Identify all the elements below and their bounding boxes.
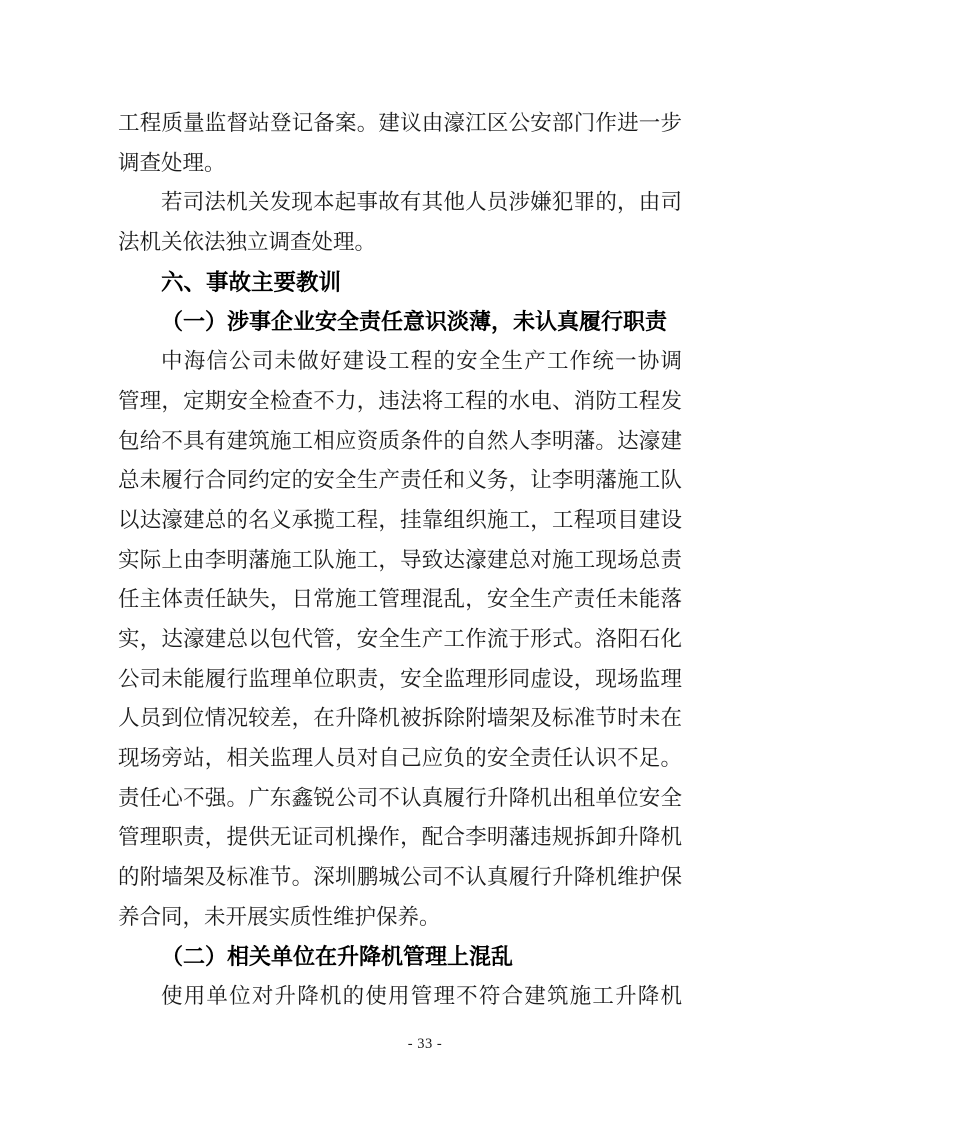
body-text-line: 公司未能履行监理单位职责，安全监理形同虚设，现场监理 — [118, 660, 682, 700]
body-text-line: 以达濠建总的名义承揽工程，挂靠组织施工，工程项目建设 — [118, 501, 682, 541]
section-heading-line: 六、事故主要教训 — [118, 263, 682, 303]
body-text-line: 任主体责任缺失，日常施工管理混乱，安全生产责任未能落 — [118, 580, 682, 620]
body-text-line: 责任心不强。广东鑫锐公司不认真履行升降机出租单位安全 — [118, 779, 682, 819]
body-text-line: 包给不具有建筑施工相应资质条件的自然人李明藩。达濠建 — [118, 422, 682, 462]
body-text-line: 使用单位对升降机的使用管理不符合建筑施工升降机 — [118, 977, 682, 1017]
body-text-line: 调查处理。 — [118, 144, 682, 184]
body-text-line: 养合同，未开展实质性维护保养。 — [118, 898, 682, 938]
page-number: - 33 - — [118, 1036, 732, 1053]
document-page: 工程质量监督站登记备案。建议由濠江区公安部门作进一步调查处理。若司法机关发现本起… — [0, 0, 960, 1122]
page-content: 工程质量监督站登记备案。建议由濠江区公安部门作进一步调查处理。若司法机关发现本起… — [118, 104, 682, 1017]
body-text-line: 管理，定期安全检查不力，违法将工程的水电、消防工程发 — [118, 382, 682, 422]
body-text-line: 人员到位情况较差，在升降机被拆除附墙架及标准节时未在 — [118, 699, 682, 739]
body-text-line: 中海信公司未做好建设工程的安全生产工作统一协调 — [118, 342, 682, 382]
body-text-line: 实际上由李明藩施工队施工，导致达濠建总对施工现场总责 — [118, 541, 682, 581]
body-text-line: 管理职责，提供无证司机操作，配合李明藩违规拆卸升降机 — [118, 818, 682, 858]
body-text-line: 法机关依法独立调查处理。 — [118, 223, 682, 263]
body-text-line: 工程质量监督站登记备案。建议由濠江区公安部门作进一步 — [118, 104, 682, 144]
subsection-heading-line: （一）涉事企业安全责任意识淡薄，未认真履行职责 — [118, 302, 682, 342]
body-text-line: 实，达濠建总以包代管，安全生产工作流于形式。洛阳石化 — [118, 620, 682, 660]
body-text-line: 总未履行合同约定的安全生产责任和义务，让李明藩施工队 — [118, 461, 682, 501]
body-text-line: 若司法机关发现本起事故有其他人员涉嫌犯罪的，由司 — [118, 183, 682, 223]
body-text-line: 的附墙架及标准节。深圳鹏城公司不认真履行升降机维护保 — [118, 858, 682, 898]
subsection-heading-line: （二）相关单位在升降机管理上混乱 — [118, 937, 682, 977]
body-text-line: 现场旁站，相关监理人员对自己应负的安全责任认识不足。 — [118, 739, 682, 779]
